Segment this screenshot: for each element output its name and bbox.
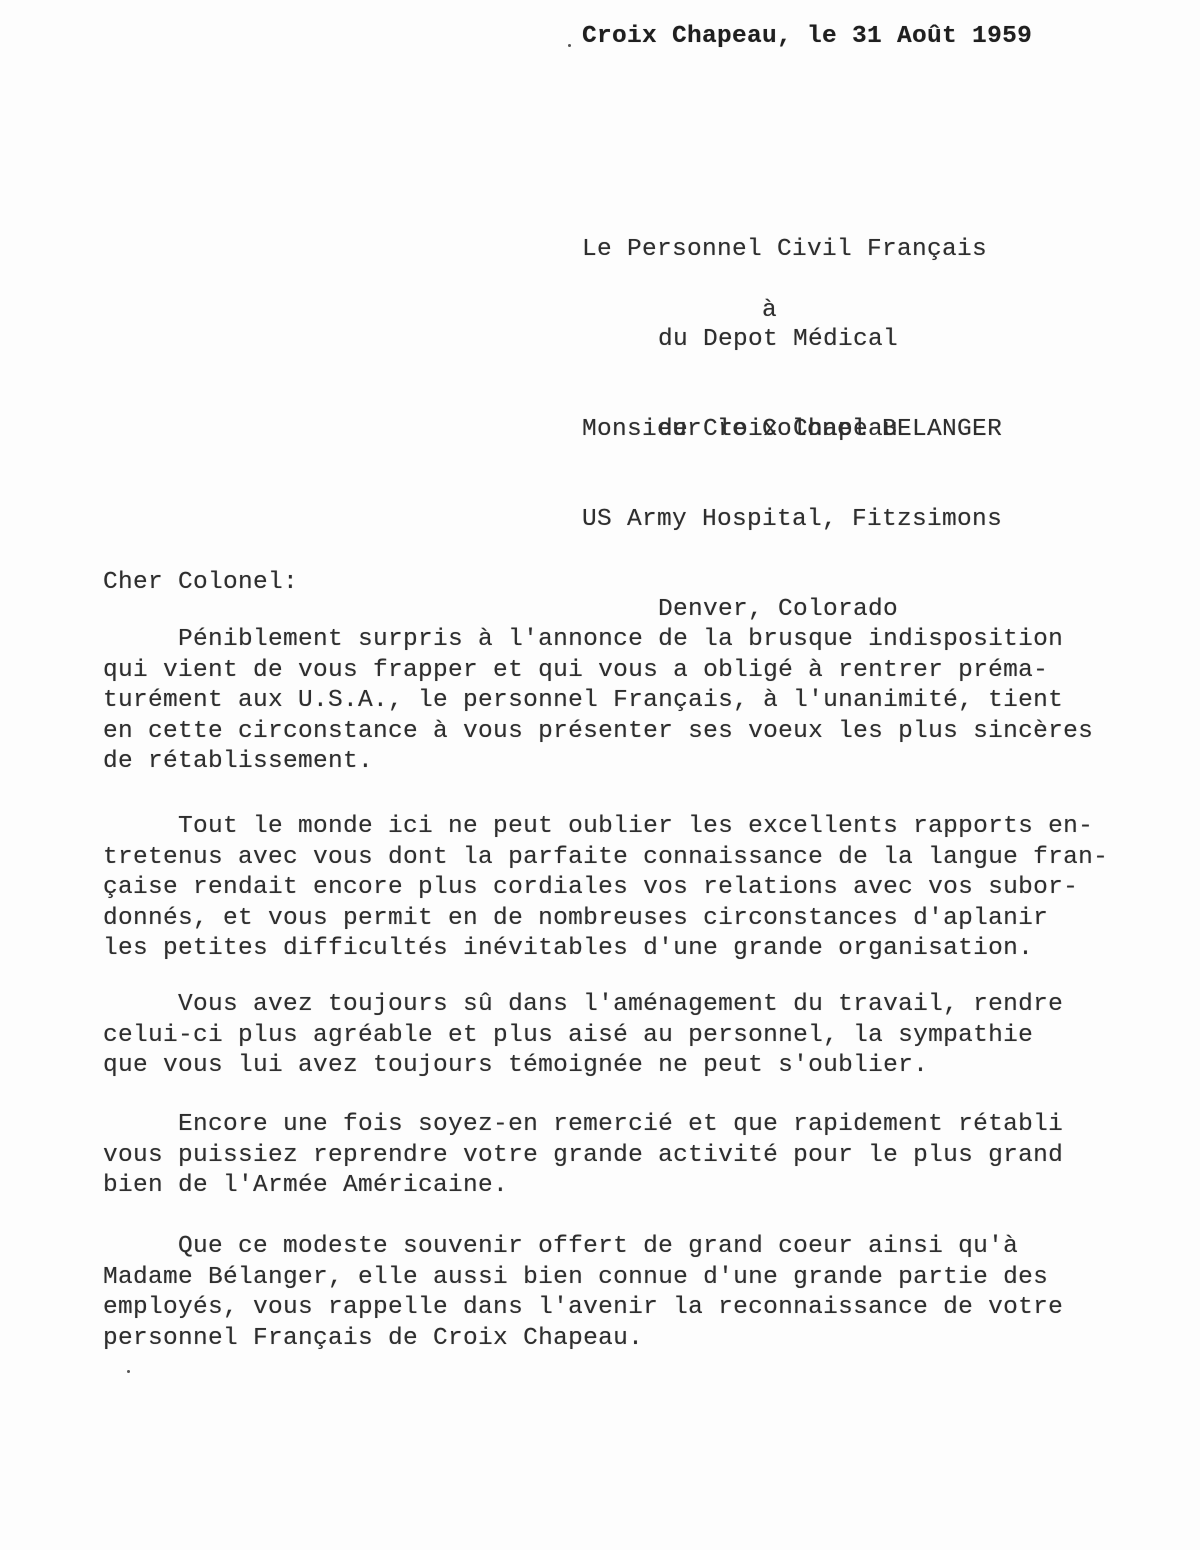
to-marker: à <box>762 296 777 326</box>
paragraph-line: turément aux U.S.A., le personnel França… <box>103 686 1113 717</box>
salutation: Cher Colonel: <box>103 568 298 598</box>
paragraph-line: celui-ci plus agréable et plus aisé au p… <box>103 1021 1113 1052</box>
paragraph: Péniblement surpris à l'annonce de la br… <box>103 625 1113 778</box>
recipient-line: Monsieur le Colonel BELANGER <box>582 415 1002 445</box>
paper-speck <box>127 1370 130 1373</box>
paragraph: Que ce modeste souvenir offert de grand … <box>103 1232 1113 1354</box>
paragraph-line: Que ce modeste souvenir offert de grand … <box>103 1232 1113 1263</box>
paragraph-line: donnés, et vous permit en de nombreuses … <box>103 904 1113 935</box>
paragraph-line: Péniblement surpris à l'annonce de la br… <box>103 625 1113 656</box>
dateline: Croix Chapeau, le 31 Août 1959 <box>582 22 1032 52</box>
letter-page: Croix Chapeau, le 31 Août 1959 Le Person… <box>0 0 1200 1550</box>
paragraph-line: vous puissiez reprendre votre grande act… <box>103 1141 1113 1172</box>
paragraph-line: Vous avez toujours sû dans l'aménagement… <box>103 990 1113 1021</box>
paragraph: Encore une fois soyez-en remercié et que… <box>103 1110 1113 1202</box>
paragraph-line: en cette circonstance à vous présenter s… <box>103 717 1113 748</box>
recipient-line: US Army Hospital, Fitzsimons <box>582 505 1002 535</box>
recipient-line: Denver, Colorado <box>582 595 1002 625</box>
paragraph-line: Madame Bélanger, elle aussi bien connue … <box>103 1263 1113 1294</box>
paragraph-line: qui vient de vous frapper et qui vous a … <box>103 656 1113 687</box>
paragraph-line: employés, vous rappelle dans l'avenir la… <box>103 1293 1113 1324</box>
paragraph-line: de rétablissement. <box>103 747 1113 778</box>
paper-speck <box>568 44 571 47</box>
paragraph-line: personnel Français de Croix Chapeau. <box>103 1324 1113 1355</box>
paragraph-line: çaise rendait encore plus cordiales vos … <box>103 873 1113 904</box>
paragraph-line: Encore une fois soyez-en remercié et que… <box>103 1110 1113 1141</box>
paragraph: Vous avez toujours sû dans l'aménagement… <box>103 990 1113 1082</box>
paragraph: Tout le monde ici ne peut oublier les ex… <box>103 812 1113 965</box>
paragraph-line: tretenus avec vous dont la parfaite conn… <box>103 843 1113 874</box>
sender-line: du Depot Médical <box>582 325 987 355</box>
paragraph-line: les petites difficultés inévitables d'un… <box>103 934 1113 965</box>
paragraph-line: que vous lui avez toujours témoignée ne … <box>103 1051 1113 1082</box>
paragraph-line: Tout le monde ici ne peut oublier les ex… <box>103 812 1113 843</box>
sender-line: Le Personnel Civil Français <box>582 235 987 265</box>
paragraph-line: bien de l'Armée Américaine. <box>103 1171 1113 1202</box>
